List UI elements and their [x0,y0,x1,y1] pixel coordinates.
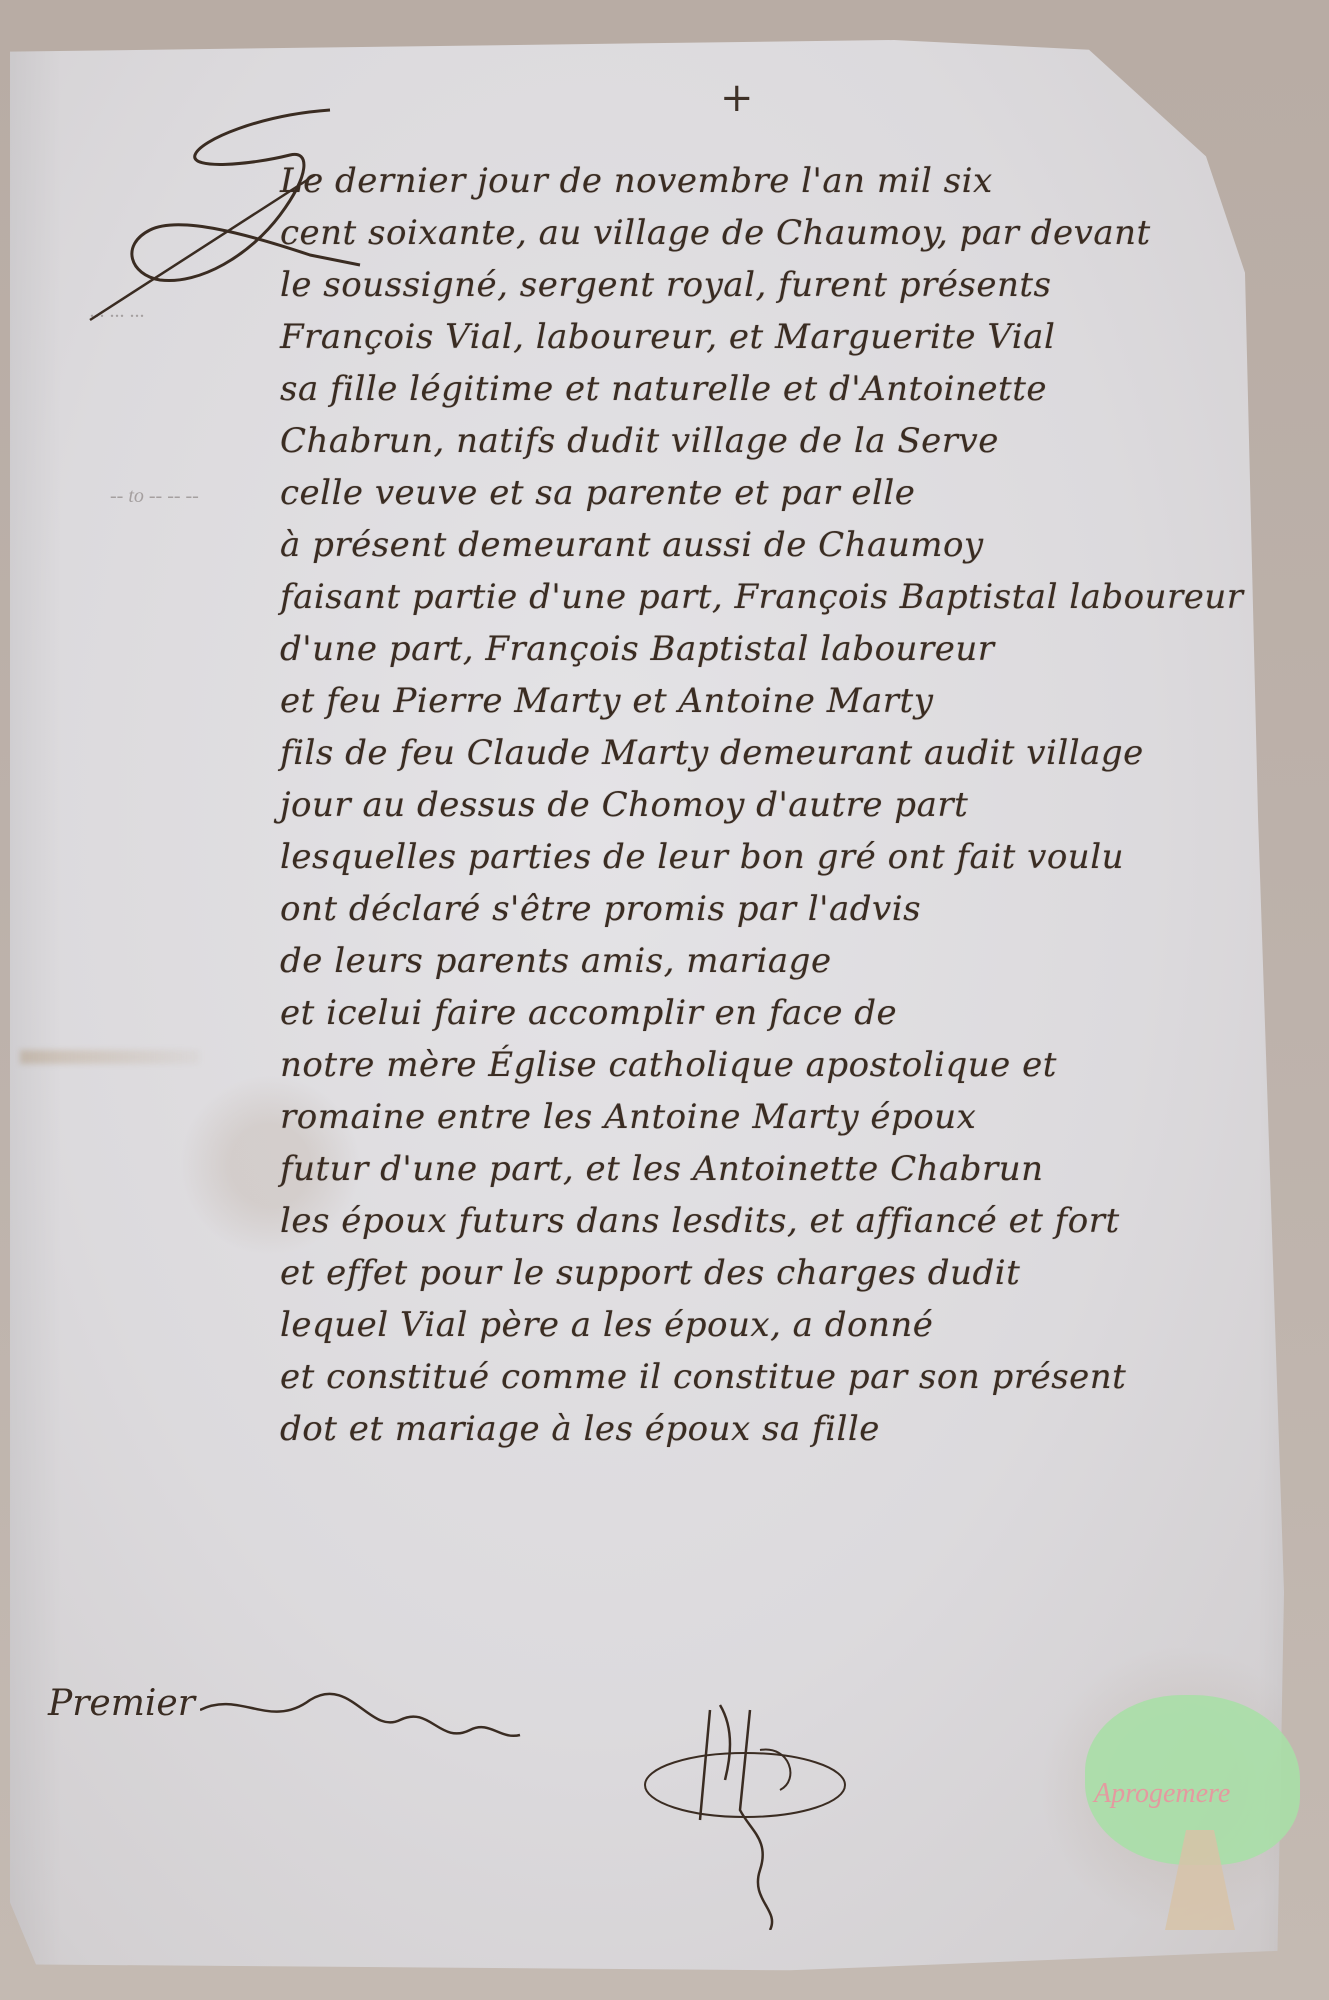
text-line: et icelui faire accomplir en face de [280,987,1290,1039]
text-line: Chabrun, natifs dudit village de la Serv… [280,415,1290,467]
text-line: sa fille légitime et naturelle et d'Anto… [280,363,1290,415]
text-line: à présent demeurant aussi de Chaumoy [280,519,1290,571]
manuscript-text: Le dernier jour de novembre l'an mil six… [280,155,1290,1455]
faint-margin-note: -- to -- -- -- [110,485,199,508]
text-line: futur d'une part, et les Antoinette Chab… [280,1143,1290,1195]
text-line: lequel Vial père a les époux, a donné [280,1299,1290,1351]
text-line: dot et mariage à les époux sa fille [280,1403,1290,1455]
text-line: faisant partie d'une part, François Bapt… [280,571,1290,623]
text-line: de leurs parents amis, mariage [280,935,1290,987]
text-line: notre mère Église catholique apostolique… [280,1039,1290,1091]
wavy-line-filler-icon [200,1680,640,1750]
aprogemere-watermark: Aprogemere [1080,1690,1310,1940]
notary-signature-icon [640,1690,890,1930]
faint-margin-note: ... ... ... [90,300,145,323]
text-line: François Vial, laboureur, et Marguerite … [280,311,1290,363]
text-line: celle veuve et sa parente et par elle [280,467,1290,519]
watermark-text: Aprogemere [1094,1778,1230,1810]
text-line: les époux futurs dans lesdits, et affian… [280,1195,1290,1247]
header-cross-mark: + [720,75,754,121]
text-line: le soussigné, sergent royal, furent prés… [280,259,1290,311]
text-line: et feu Pierre Marty et Antoine Marty [280,675,1290,727]
text-line: Le dernier jour de novembre l'an mil six [280,155,1290,207]
fold-stain [20,1050,200,1064]
text-line: jour au dessus de Chomoy d'autre part [280,779,1290,831]
text-line: et constitué comme il constitue par son … [280,1351,1290,1403]
text-line: d'une part, François Baptistal laboureur [280,623,1290,675]
text-line: cent soixante, au village de Chaumoy, pa… [280,207,1290,259]
text-line: lesquelles parties de leur bon gré ont f… [280,831,1290,883]
text-line: romaine entre les Antoine Marty époux [280,1091,1290,1143]
text-line: ont déclaré s'être promis par l'advis [280,883,1290,935]
text-line: et effet pour le support des charges dud… [280,1247,1290,1299]
text-line: fils de feu Claude Marty demeurant audit… [280,727,1290,779]
margin-note-premier: Premier [48,1683,195,1724]
